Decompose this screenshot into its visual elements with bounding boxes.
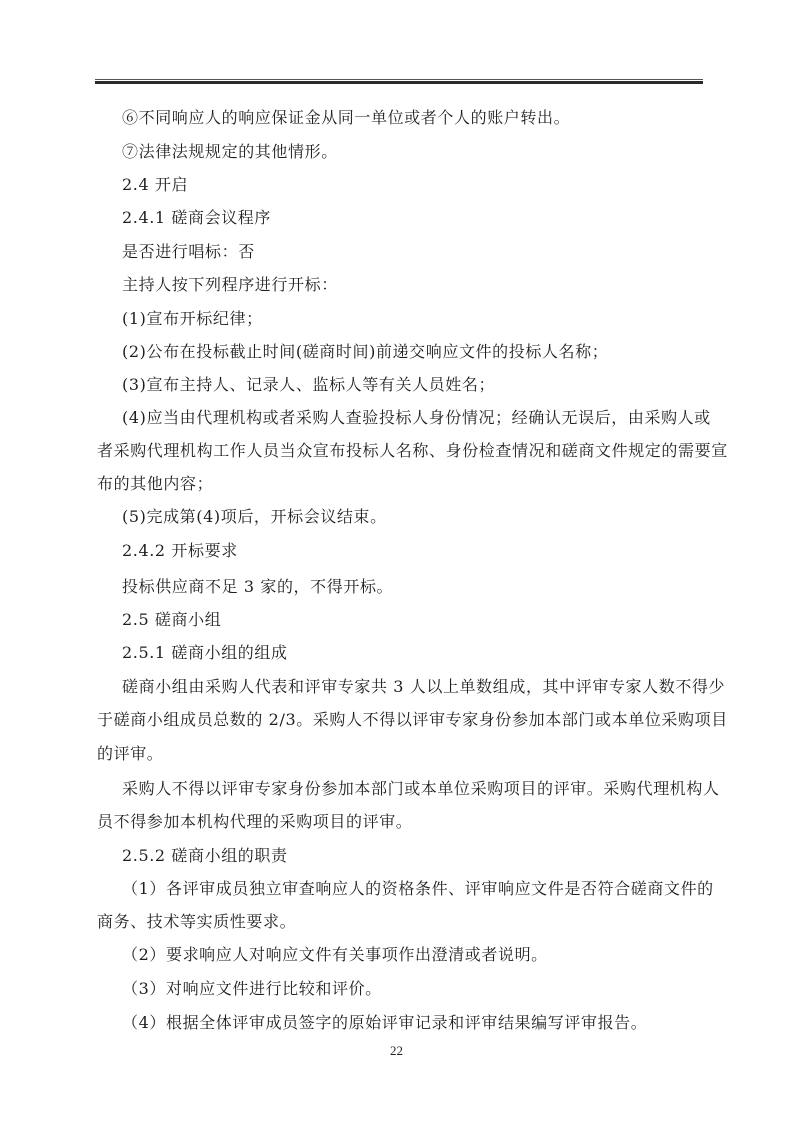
header-rule-thin-line (95, 79, 703, 80)
procedure-step-4-line-2: 者采购代理机构工作人员当众宣布投标人名称、身份检查情况和磋商文件规定的需要宣 (97, 440, 728, 462)
host-procedure-line: 主持人按下列程序进行开标： (122, 274, 338, 296)
list-item-6: ⑥不同响应人的响应保证金从同一单位或者个人的账户转出。 (122, 107, 570, 129)
duty-1-line-1: （1）各评审成员独立审查响应人的资格条件、评审响应文件是否符合磋商文件的 (122, 878, 714, 900)
section-heading-2-4: 2.4 开启 (122, 174, 188, 196)
header-rule-thick-line (95, 81, 703, 84)
duty-3-line: （3）对响应文件进行比较和评价。 (122, 978, 382, 1000)
header-rule (95, 79, 703, 85)
procedure-step-2: (2)公布在投标截止时间(磋商时间)前递交响应文件的投标人名称； (122, 341, 608, 363)
composition-line-3: 的评审。 (97, 743, 163, 765)
duty-1-line-2: 商务、技术等实质性要求。 (97, 911, 296, 933)
restriction-line-1: 采购人不得以评审专家身份参加本部门或本单位采购项目的评审。采购代理机构人 (122, 778, 720, 800)
composition-line-1: 磋商小组由采购人代表和评审专家共 3 人以上单数组成，其中评审专家人数不得少 (122, 676, 725, 698)
bid-requirement-line: 投标供应商不足 3 家的，不得开标。 (122, 576, 393, 598)
section-heading-2-5-1: 2.5.1 磋商小组的组成 (122, 642, 288, 664)
section-heading-2-5-2: 2.5.2 磋商小组的职责 (122, 845, 288, 867)
list-item-7: ⑦法律法规规定的其他情形。 (122, 141, 338, 163)
procedure-step-4-line-3: 布的其他内容； (97, 473, 213, 495)
section-heading-2-4-2: 2.4.2 开标要求 (122, 540, 238, 562)
composition-line-2: 于磋商小组成员总数的 2/3。采购人不得以评审专家身份参加本部门或本单位采购项目 (97, 709, 728, 731)
announce-bid-line: 是否进行唱标：否 (122, 241, 255, 263)
page-number: 22 (0, 1043, 793, 1059)
duty-2-line: （2）要求响应人对响应文件有关事项作出澄清或者说明。 (122, 944, 548, 966)
procedure-step-3: (3)宣布主持人、记录人、监标人等有关人员姓名； (122, 374, 495, 396)
duty-4-line: （4）根据全体评审成员签字的原始评审记录和评审结果编写评审报告。 (122, 1012, 647, 1034)
procedure-step-5: (5)完成第(4)项后，开标会议结束。 (122, 506, 387, 528)
restriction-line-2: 员不得参加本机构代理的采购项目的评审。 (97, 811, 412, 833)
procedure-step-4-line-1: (4)应当由代理机构或者采购人查验投标人身份情况；经确认无误后，由采购人或 (122, 407, 711, 429)
section-heading-2-5: 2.5 磋商小组 (122, 609, 221, 631)
section-heading-2-4-1: 2.4.1 磋商会议程序 (122, 207, 271, 229)
procedure-step-1: (1)宣布开标纪律； (122, 308, 263, 330)
